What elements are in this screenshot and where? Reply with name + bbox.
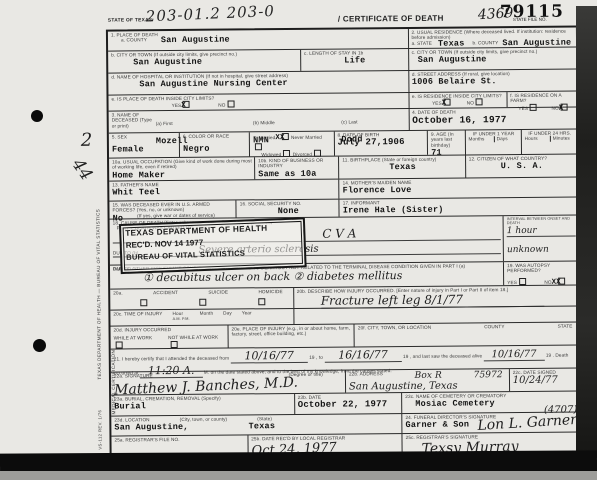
interval-a-handwriting: 1 hour (507, 225, 576, 237)
place-of-injury-label: 20e. PLACE OF INJURY (e.g., in or about … (232, 325, 352, 337)
field-name-of-deceased: 3. NAME OF DECEASED (Type or print) (a) … (109, 109, 409, 133)
not-while-at-work-checkbox (170, 341, 177, 348)
field-race: 6. COLOR OR RACE Negro (179, 132, 249, 157)
item-21-number: 21. (114, 356, 121, 361)
while-at-work-label: WHILE AT WORK (114, 336, 153, 341)
while-at-work-checkbox (116, 341, 123, 348)
film-edge-bottom-gray (0, 471, 597, 480)
yes-label: YES (172, 103, 182, 108)
married-mark: XX (275, 134, 284, 143)
sex-value: Female (112, 144, 177, 155)
middle-name-label: (b) Middle (253, 120, 275, 125)
minutes-label: Minutes (551, 136, 570, 142)
spacer-cell (300, 93, 408, 109)
no-checked-mark: XX (552, 278, 561, 287)
no-checkbox (227, 101, 234, 108)
address-zip-handwriting: 75972 (474, 370, 503, 381)
sex-label: 5. SEX (112, 134, 177, 140)
field-burial-date: 23b. DATE October 22, 1977 (294, 393, 402, 414)
field-usual-residence: 2. USUAL RESIDENCE (Where deceased lived… (407, 27, 576, 47)
street-address-value: 1006 Belaire St. (412, 76, 575, 87)
injury-occurred-label: 20d. INJURY OCCURRED (114, 327, 226, 333)
field-occupation: 10a. USUAL OCCUPATION (Give kind of work… (109, 157, 254, 180)
father-value: Whit Teel (112, 186, 336, 198)
residence-state-label: a. STATE (412, 41, 432, 47)
ampm-label: A.M. P.M. (173, 317, 190, 321)
no-label: NO (218, 103, 225, 108)
yes-label: YES (432, 101, 442, 106)
hours-label: Hours (525, 136, 551, 142)
race-label: 6. COLOR OR RACE (183, 133, 247, 139)
field-institution: d. NAME OF HOSPITAL OR INSTITUTION (If n… (108, 71, 408, 95)
film-edge-right (576, 6, 597, 458)
field-date-of-death: 4. DATE OF DEATH October 16, 1977 (408, 107, 577, 129)
mother-value: Florence Love (343, 184, 576, 196)
never-married-label: Never Married (291, 135, 322, 140)
field-length-of-stay: c. LENGTH OF STAY IN 1b Life (300, 49, 408, 71)
business-value: Same as 10a (258, 168, 336, 179)
field-residence-city-limits: e. IS RESIDENCE INSIDE CITY LIMITS? YESX… (408, 92, 506, 108)
field-business-industry: 10b. KIND OF BUSINESS OR INDUSTRY Same a… (254, 157, 338, 180)
institution-value: San Augustine Nursing Center (139, 77, 406, 89)
certificate-title: / CERTIFICATE OF DEATH (338, 14, 444, 24)
injury-state-label: STATE (558, 324, 573, 330)
cause-a-handwriting: C V A (322, 226, 356, 240)
length-of-stay-value: Life (304, 55, 406, 66)
field-time-of-injury: 20c. TIME OF INJURY Hour A.M. P.M. Month… (110, 309, 293, 326)
dob-value: July 27,1906 (337, 137, 425, 148)
hour-label: Hour (173, 311, 184, 316)
burial-type-value: Burial (114, 400, 292, 412)
field-armed-forces: 15. WAS DECEASED EVER IN U.S. ARMED FORC… (109, 200, 236, 218)
never-married-checkbox (255, 143, 262, 150)
certificate-form: 1. PLACE OF DEATH a. COUNTY San Augustin… (106, 25, 582, 460)
accident-label: ACCIDENT (153, 290, 178, 296)
no-checked-mark: X (559, 104, 564, 113)
autopsy-label: 19. WAS AUTOPSY PERFORMED? (507, 263, 576, 274)
handwritten-file-codes: 203-01.2 203-0 (145, 2, 275, 26)
director-number-handwriting: (4707) (544, 405, 577, 416)
field-mother-name: 14. MOTHER'S MAIDEN NAME Florence Love (339, 177, 578, 198)
no-checkbox (476, 99, 483, 106)
injury-city-label: 20f. CITY, TOWN, OR LOCATION (358, 325, 431, 331)
month-label: Month (200, 311, 214, 317)
married-label: Married (259, 135, 276, 140)
field-injury-city-county-state: 20f. CITY, TOWN, OR LOCATION COUNTY STAT… (354, 322, 579, 346)
cert-text-2: 19 , to (309, 355, 323, 360)
field-burial-type: 23a. BURIAL, CREMATION, REMOVAL (Specify… (111, 394, 294, 416)
not-while-at-work-label: NOT WHILE AT WORK (168, 335, 218, 340)
field-burial-location: 23d. LOCATION (City, town, or county) (S… (111, 414, 401, 436)
location-state-value: Texas (249, 422, 276, 432)
field-ssn: 16. SOCIAL SECURITY NO. None (236, 200, 339, 218)
field-how-injury-occurred: 20b. DESCRIBE HOW INJURY OCCURRED. [Ente… (293, 285, 579, 307)
field-physician-signature: 22a. SIGNATURE (Degree or title) Matthew… (111, 371, 345, 395)
address-label: 22b. ADDRESS (349, 371, 383, 377)
field-injury-occurred: 20d. INJURY OCCURRED WHILE AT WORK NOT W… (111, 326, 228, 349)
race-value: Negro (183, 144, 247, 155)
field-date-signed: 22c. DATE SIGNED 10/24/77 (509, 368, 579, 391)
death-city-value: San Augustine (133, 56, 298, 67)
birthplace-value: Texas (342, 162, 462, 173)
margin-handwriting-2: 44 (68, 155, 97, 184)
field-under-24-hrs: IF UNDER 24 HRS. Hours Minutes (521, 129, 577, 153)
field-birthplace: 11. BIRTHPLACE (State or foreign country… (338, 155, 465, 178)
field-under-1-year: IF UNDER 1 YEAR Months Days (464, 130, 520, 154)
attended-to-date: 16/16/77 (324, 348, 402, 363)
yes-checked-mark: X (442, 100, 447, 109)
marital-label: 7. (253, 135, 257, 140)
interval-b-handwriting: unknown (507, 244, 576, 255)
homicide-checkbox (258, 299, 265, 306)
form-code-text: VS-112 REV. 1/76 (97, 385, 103, 450)
field-date-of-birth: 8. DATE OF BIRTH July 27,1906 (333, 131, 427, 156)
field-sex: 5. SEX Female (109, 133, 179, 158)
signature-label: 22a. SIGNATURE (114, 373, 153, 379)
field-place-of-injury: 20e. PLACE OF INJURY (e.g., in or about … (227, 324, 354, 347)
business-label: 10b. KIND OF BUSINESS OR INDUSTRY (258, 158, 336, 169)
suicide-checkbox (199, 299, 206, 306)
suicide-label: SUICIDE (208, 290, 228, 296)
age-label: 9. AGE (In years last birthday) (431, 131, 463, 147)
margin-handwriting-1: 2 (81, 130, 93, 151)
field-physician-address: 22b. ADDRESS Box R 75972 San Augustine, … (345, 369, 509, 392)
state-file-number: 79115 (500, 2, 564, 23)
field-interval-onset-death: INTERVAL BETWEEN ONSET AND DEATH 1 hour … (503, 215, 578, 261)
field-age: 9. AGE (In years last birthday) 71 (427, 130, 465, 154)
item-20a-label: 20a. (113, 290, 123, 295)
last-name-label: (c) Last (341, 119, 357, 124)
no-label: NO (467, 101, 474, 106)
received-stamp: TEXAS DEPARTMENT OF HEALTH REC'D. NOV 14… (119, 217, 307, 274)
funeral-home-value: Garner & Son (405, 420, 469, 431)
agency-rail-text: TEXAS DEPARTMENT OF HEALTH — BUREAU OF V… (94, 90, 102, 380)
location-city-value: San Augustine, (114, 422, 188, 433)
residence-county-label: b. COUNTY (472, 40, 498, 46)
attended-from-date: 10/16/77 (230, 349, 308, 364)
accident-checkbox (140, 300, 147, 307)
yes-checkbox (519, 278, 526, 285)
field-autopsy: 19. WAS AUTOPSY PERFORMED? YES NOXX (503, 261, 578, 285)
days-label: Days (495, 137, 508, 143)
field-marital-status: 7. MarriedXX Never Married Widowed Divor… (249, 132, 333, 157)
field-father-name: 13. FATHER'S NAME Whit Teel (109, 180, 338, 201)
homicide-label: HOMICIDE (258, 289, 282, 295)
scanned-death-certificate: STATE OF TEXAS 203-01.2 203-0 / CERTIFIC… (0, 0, 597, 480)
residence-city-value: San Augustine (418, 54, 575, 65)
field-citizen: 12. CITIZEN OF WHAT COUNTRY? U. S. A. (465, 154, 578, 177)
field-street-address: d. STREET ADDRESS (If rural, give locati… (408, 69, 577, 91)
field-residence-farm: f. IS RESIDENCE ON A FARM? YES NOX (506, 91, 576, 107)
yes-checked-mark: X (181, 102, 186, 111)
time-of-injury-label: 20c. TIME OF INJURY (113, 311, 162, 317)
address-box-handwriting: Box R (415, 371, 442, 382)
field-death-city: b. CITY OR TOWN (If outside city limits,… (108, 50, 300, 73)
field-accident-type: 20a. ACCIDENT SUICIDE HOMICIDE (110, 288, 293, 310)
certificate-paper: STATE OF TEXAS 203-01.2 203-0 / CERTIFIC… (0, 0, 597, 461)
date-signed-handwriting: 10/24/77 (513, 375, 577, 387)
field-place-of-death-county: 1. PLACE OF DEATH a. COUNTY San Augustin… (108, 29, 408, 51)
ssn-value: None (240, 206, 337, 217)
county-value: San Augustine (161, 35, 230, 46)
last-seen-alive-date: 10/16/77 (483, 349, 544, 362)
injury-county-label: COUNTY (484, 324, 504, 330)
cert-text-1: I hereby certify that I attended the dec… (122, 356, 229, 362)
citizen-value: U. S. A. (469, 161, 575, 172)
hole-punch-dot (31, 110, 43, 122)
field-death-city-limits: e. IS PLACE OF DEATH INSIDE CITY LIMITS?… (108, 94, 300, 111)
farm-label: f. IS RESIDENCE ON A FARM? (510, 93, 574, 104)
year-label: Year (242, 310, 252, 315)
cert-text-3: 19 , and last saw the deceased alive (403, 353, 482, 359)
burial-date-value: October 22, 1977 (298, 399, 400, 410)
field-informant: 17. INFORMANT Irene Hale (Sister) (339, 197, 578, 216)
date-of-death-value: October 16, 1977 (412, 114, 575, 126)
registrar-file-label: 25a. REGISTRAR'S FILE NO. (114, 436, 245, 443)
field-residence-city: c. CITY OR TOWN (If outside city limits,… (408, 47, 577, 69)
county-label: a. COUNTY (121, 38, 147, 44)
field-funeral-director: (4707) 24. FUNERAL DIRECTOR'S SIGNATURE … (401, 412, 579, 433)
name-label: 3. NAME OF DECEASED (Type or print) (112, 112, 156, 129)
months-label: Months (469, 137, 495, 143)
first-name-label: (a) First (156, 121, 173, 126)
day-label: Day (223, 311, 232, 316)
hole-punch-dot (33, 339, 46, 352)
